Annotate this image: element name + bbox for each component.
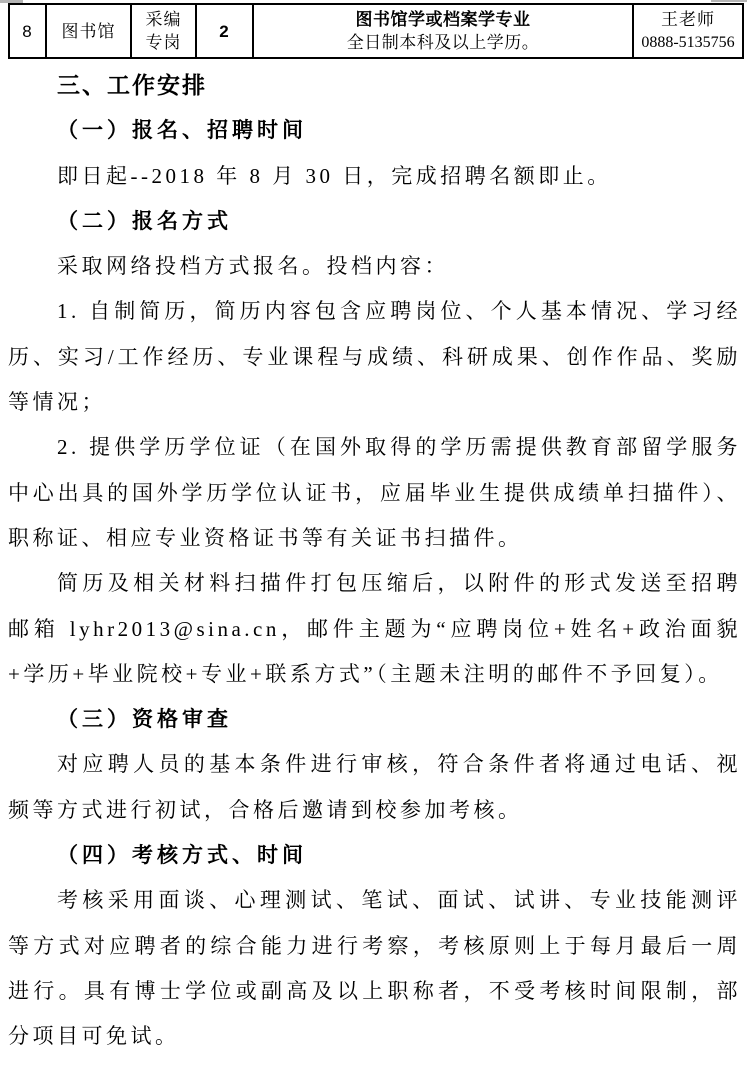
cell-headcount: 2 <box>196 4 253 58</box>
cell-contact: 王老师 0888-5135756 <box>633 4 743 58</box>
paragraph-certificates: 2. 提供学历学位证（在国外取得的学历需提供教育部留学服务中心出具的国外学历学位… <box>8 425 741 561</box>
subheading-qualification-review: （三）资格审查 <box>8 697 741 742</box>
subheading-signup-time: （一）报名、招聘时间 <box>8 108 741 153</box>
subheading-signup-method: （二）报名方式 <box>8 199 741 244</box>
screen-artifact-top-right <box>711 0 747 2</box>
paragraph-assessment-details: 考核采用面谈、心理测试、笔试、面试、试讲、专业技能测评等方式对应聘者的综合能力进… <box>8 878 741 1059</box>
paragraph-review-process: 对应聘人员的基本条件进行审核，符合条件者将通过电话、视频等方式进行初试，合格后邀… <box>8 742 741 833</box>
table-row: 8 图书馆 采编 专岗 2 图书馆学或档案学专业 全日制本科及以上学历。 王老师… <box>9 4 743 58</box>
cell-post-name: 采编 专岗 <box>131 4 196 58</box>
cell-row-number: 8 <box>9 4 46 58</box>
contact-phone: 0888-5135756 <box>636 31 740 54</box>
requirement-education: 全日制本科及以上学历。 <box>256 31 630 54</box>
contact-person-name: 王老师 <box>636 8 740 31</box>
paragraph-online-submission: 采取网络投档方式报名。投档内容： <box>8 244 741 289</box>
cell-department: 图书馆 <box>46 4 131 58</box>
subheading-assessment-method: （四）考核方式、时间 <box>8 833 741 878</box>
screen-artifact-top-left <box>0 0 23 3</box>
paragraph-email-instructions: 简历及相关材料扫描件打包压缩后，以附件的形式发送至招聘邮箱 lyhr2013@s… <box>8 561 741 697</box>
requirement-major: 图书馆学或档案学专业 <box>256 8 630 31</box>
cell-requirements: 图书馆学或档案学专业 全日制本科及以上学历。 <box>253 4 633 58</box>
recruitment-post-table: 8 图书馆 采编 专岗 2 图书馆学或档案学专业 全日制本科及以上学历。 王老师… <box>8 3 744 59</box>
section-heading-work-arrangement: 三、工作安排 <box>8 63 741 108</box>
document-body: 三、工作安排 （一）报名、招聘时间 即日起--2018 年 8 月 30 日，完… <box>0 63 747 1060</box>
paragraph-signup-deadline: 即日起--2018 年 8 月 30 日，完成招聘名额即止。 <box>8 154 741 199</box>
paragraph-resume-contents: 1. 自制简历，简历内容包含应聘岗位、个人基本情况、学习经历、实习/工作经历、专… <box>8 289 741 425</box>
